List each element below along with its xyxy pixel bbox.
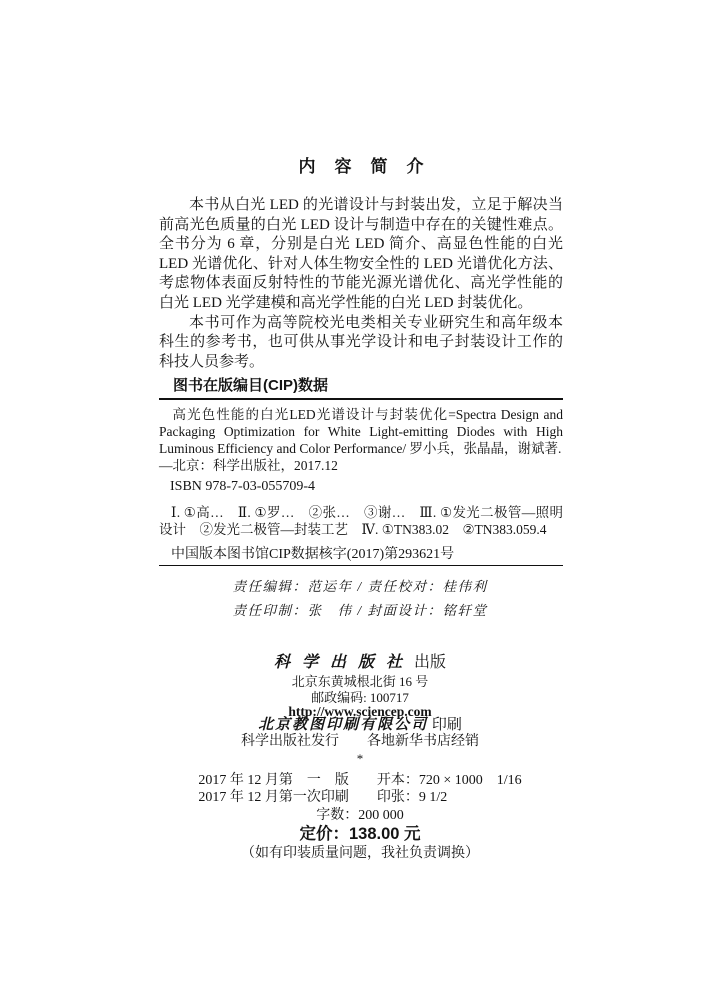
colophon-page: 内容简介 本书从白光 LED 的光谱设计与封装出发，立足于解决当前高光色质量的白… xyxy=(0,0,720,1000)
edition-line: 2017 年 12 月第 一 版 开本：720 × 1000 1/16 xyxy=(198,772,521,789)
publisher-line: 科学出版社出版 xyxy=(0,652,720,674)
imprint-section: 科学出版社出版 北京东黄城根北街 16 号 邮政编码: 100717 http:… xyxy=(0,652,720,768)
isbn-number: ISBN 978-7-03-055709-4 xyxy=(170,479,563,495)
edition-info-section: 2017 年 12 月第 一 版 开本：720 × 1000 1/16 2017… xyxy=(0,770,720,864)
page-title: 内容简介 xyxy=(159,155,563,179)
publisher-role: 出版 xyxy=(414,654,446,671)
publisher-name: 科学出版社 xyxy=(274,654,414,671)
price: 定价：138.00 元 xyxy=(0,824,720,844)
cip-data-section: 图书在版编目(CIP)数据 高光色性能的白光LED光谱设计与封装优化=Spect… xyxy=(159,377,563,566)
cip-classification: Ⅰ. ①高… Ⅱ. ①罗… ②张… ③谢… Ⅲ. ①发光二极管—照明设计 ②发光… xyxy=(159,505,563,538)
cip-heading: 图书在版编目(CIP)数据 xyxy=(173,377,563,395)
publisher-address: 北京东黄城根北街 16 号 xyxy=(0,674,720,690)
staff-credits-section: 责任编辑：范运年 / 责任校对：桂伟利 责任印制：张 伟 / 封面设计：铭轩堂 xyxy=(0,575,720,623)
postal-code: 邮政编码: 100717 xyxy=(0,690,720,705)
cip-publication-info: —北京：科学出版社，2017.12 xyxy=(159,457,563,474)
edition-print-block: 2017 年 12 月第 一 版 开本：720 × 1000 1/16 2017… xyxy=(198,770,521,806)
printer-name: 北京教图印刷有限公司 xyxy=(258,717,428,733)
content-introduction-section: 内容简介 本书从白光 LED 的光谱设计与封装出发，立足于解决当前高光色质量的白… xyxy=(159,155,563,372)
printer-role: 印刷 xyxy=(432,717,462,733)
quality-exchange-note: （如有印装质量问题，我社负责调换） xyxy=(0,844,720,864)
distribution-line: 科学出版社发行 各地新华书店经销 xyxy=(0,733,720,750)
intro-paragraph-1: 本书从白光 LED 的光谱设计与封装出发，立足于解决当前高光色质量的白光 LED… xyxy=(159,196,563,314)
cip-description: 高光色性能的白光LED光谱设计与封装优化=Spectra Design and … xyxy=(159,406,563,457)
intro-paragraph-2: 本书可作为高等院校光电类相关专业研究生和高年级本科生的参考书，也可供从事光学设计… xyxy=(159,314,563,373)
word-count: 字数：200 000 xyxy=(0,808,720,824)
editor-credit-line: 责任编辑：范运年 / 责任校对：桂伟利 xyxy=(0,575,720,599)
asterisk-separator: * xyxy=(0,750,720,768)
printer-line: 北京教图印刷有限公司 印刷 xyxy=(0,718,720,733)
printing-credit-line: 责任印制：张 伟 / 封面设计：铭轩堂 xyxy=(0,599,720,623)
cip-heading-rule xyxy=(159,398,563,400)
cip-record-number: 中国版本图书馆CIP数据核字(2017)第293621号 xyxy=(171,546,563,563)
printing-line: 2017 年 12 月第一次印刷 印张：9 1/2 xyxy=(198,789,521,806)
cip-bottom-rule xyxy=(159,565,563,566)
